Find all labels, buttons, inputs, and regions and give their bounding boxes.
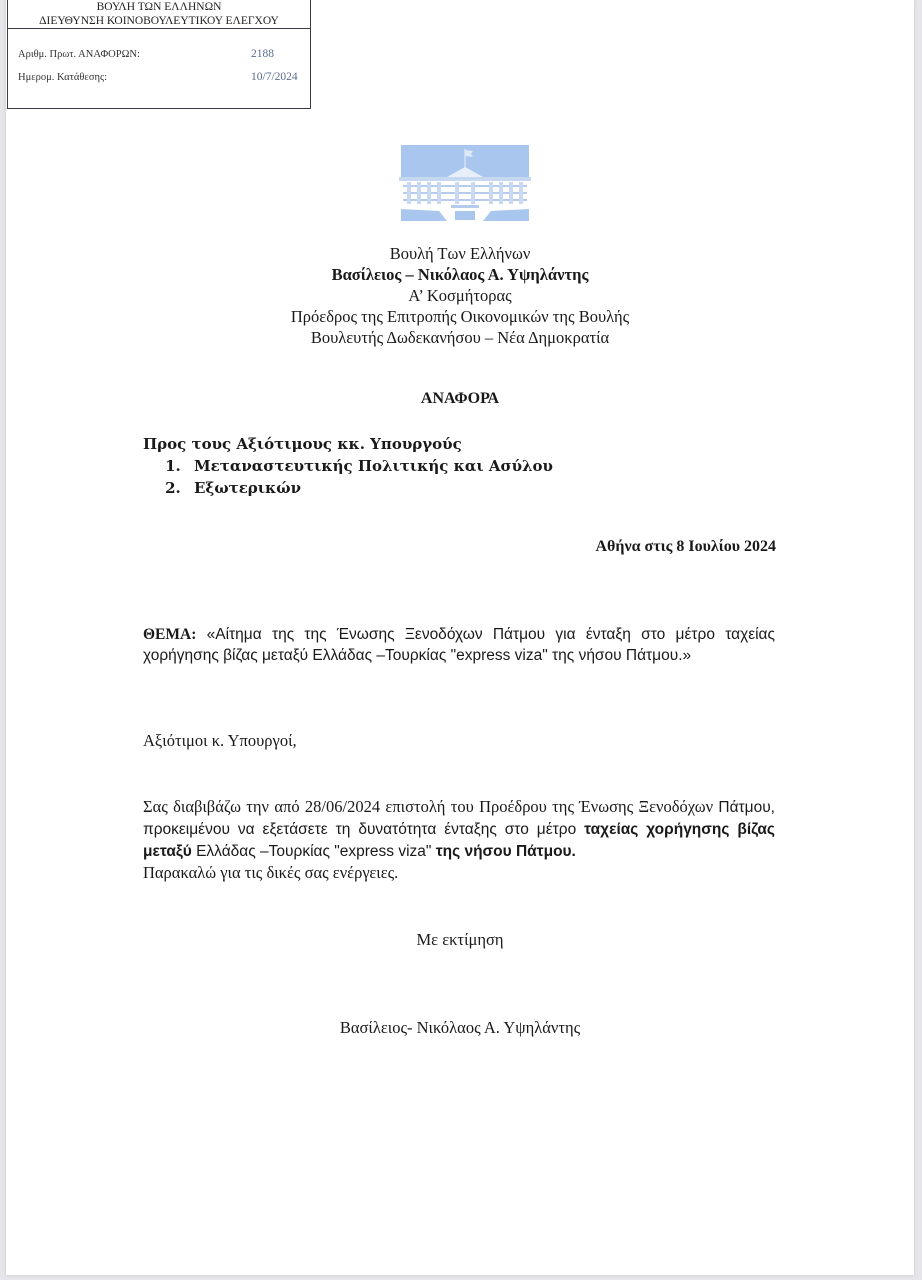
registration-stamp: ΒΟΥΛΗ ΤΩΝ ΕΛΛΗΝΩΝ ΔΙΕΥΘΥΝΣΗ ΚΟΙΝΟΒΟΥΛΕΥΤ… bbox=[7, 0, 311, 109]
document-title: ΑΝΑΦΟΡΑ bbox=[6, 390, 914, 408]
sender-institution: Βουλή Των Ελλήνων bbox=[6, 243, 914, 264]
subject-label: ΘΕΜΑ: bbox=[143, 626, 196, 643]
body-paragraph: Σας διαβιβάζω την από 28/06/2024 επιστολ… bbox=[143, 796, 775, 883]
signature: Βασίλειος- Νικόλαος Α. Υψηλάντης bbox=[6, 1018, 914, 1038]
stamp-protocol-row: Αριθμ. Πρωτ. ΑΝΑΦΟΡΩΝ: 2188 bbox=[18, 49, 300, 60]
recipient-item: Μεταναστευτικής Πολιτικής και Ασύλου bbox=[186, 455, 553, 477]
stamp-org-line2: ΔΙΕΥΘΥΝΣΗ ΚΟΙΝΟΒΟΥΛΕΥΤΙΚΟΥ ΕΛΕΓΧΟΥ bbox=[8, 14, 310, 28]
stamp-header: ΒΟΥΛΗ ΤΩΝ ΕΛΛΗΝΩΝ ΔΙΕΥΘΥΝΣΗ ΚΟΙΝΟΒΟΥΛΕΥΤ… bbox=[8, 0, 310, 29]
recipients-heading: Προς τους Αξιότιμους κκ. Υπουργούς bbox=[143, 433, 553, 455]
filing-date: 10/7/2024 bbox=[251, 71, 298, 83]
sender-block: Βουλή Των Ελλήνων Βασίλειος – Νικόλαος Α… bbox=[6, 243, 914, 348]
body-text-1: Σας διαβιβάζω την από 28/06/2024 επιστολ… bbox=[143, 797, 718, 816]
recipients-list: Μεταναστευτικής Πολιτικής και Ασύλου Εξω… bbox=[143, 455, 553, 499]
subject-paragraph: ΘΕΜΑ: «Αίτημα της της Ένωσης Ξενοδόχων Π… bbox=[143, 624, 775, 666]
body-bold-2: της νήσου Πάτμου. bbox=[436, 843, 576, 860]
subject-text: «Αίτημα της της Ένωσης Ξενοδόχων Πάτμου … bbox=[143, 626, 775, 664]
recipients-block: Προς τους Αξιότιμους κκ. Υπουργούς Μεταν… bbox=[143, 433, 553, 499]
sender-role-2: Πρόεδρος της Επιτροπής Οικονομικών της Β… bbox=[6, 306, 914, 327]
protocol-label: Αριθμ. Πρωτ. ΑΝΑΦΟΡΩΝ: bbox=[18, 49, 140, 60]
recipient-item: Εξωτερικών bbox=[186, 477, 553, 499]
sender-role-3: Βουλευτής Δωδεκανήσου – Νέα Δημοκρατία bbox=[6, 327, 914, 348]
stamp-date-row: Ημερομ. Κατάθεσης: 10/7/2024 bbox=[18, 72, 300, 83]
document-page: ΒΟΥΛΗ ΤΩΝ ΕΛΛΗΝΩΝ ΔΙΕΥΘΥΝΣΗ ΚΟΙΝΟΒΟΥΛΕΥΤ… bbox=[6, 0, 914, 1275]
sender-name: Βασίλειος – Νικόλαος Α. Υψηλάντης bbox=[6, 264, 914, 285]
parliament-building-icon bbox=[399, 145, 531, 223]
greeting: Αξιότιμοι κ. Υπουργοί, bbox=[143, 730, 775, 751]
protocol-number: 2188 bbox=[251, 48, 274, 60]
sender-role-1: Α’ Κοσμήτορας bbox=[6, 285, 914, 306]
place-date: Αθήνα στις 8 Ιουλίου 2024 bbox=[595, 538, 776, 556]
filing-date-label: Ημερομ. Κατάθεσης: bbox=[18, 72, 107, 83]
body-text-3: Ελλάδας –Τουρκίας "express viza" bbox=[192, 843, 436, 860]
stamp-org-line1: ΒΟΥΛΗ ΤΩΝ ΕΛΛΗΝΩΝ bbox=[8, 0, 310, 14]
body-closing: Παρακαλώ για τις δικές σας ενέργειες. bbox=[143, 862, 775, 883]
regards: Με εκτίμηση bbox=[6, 930, 914, 950]
